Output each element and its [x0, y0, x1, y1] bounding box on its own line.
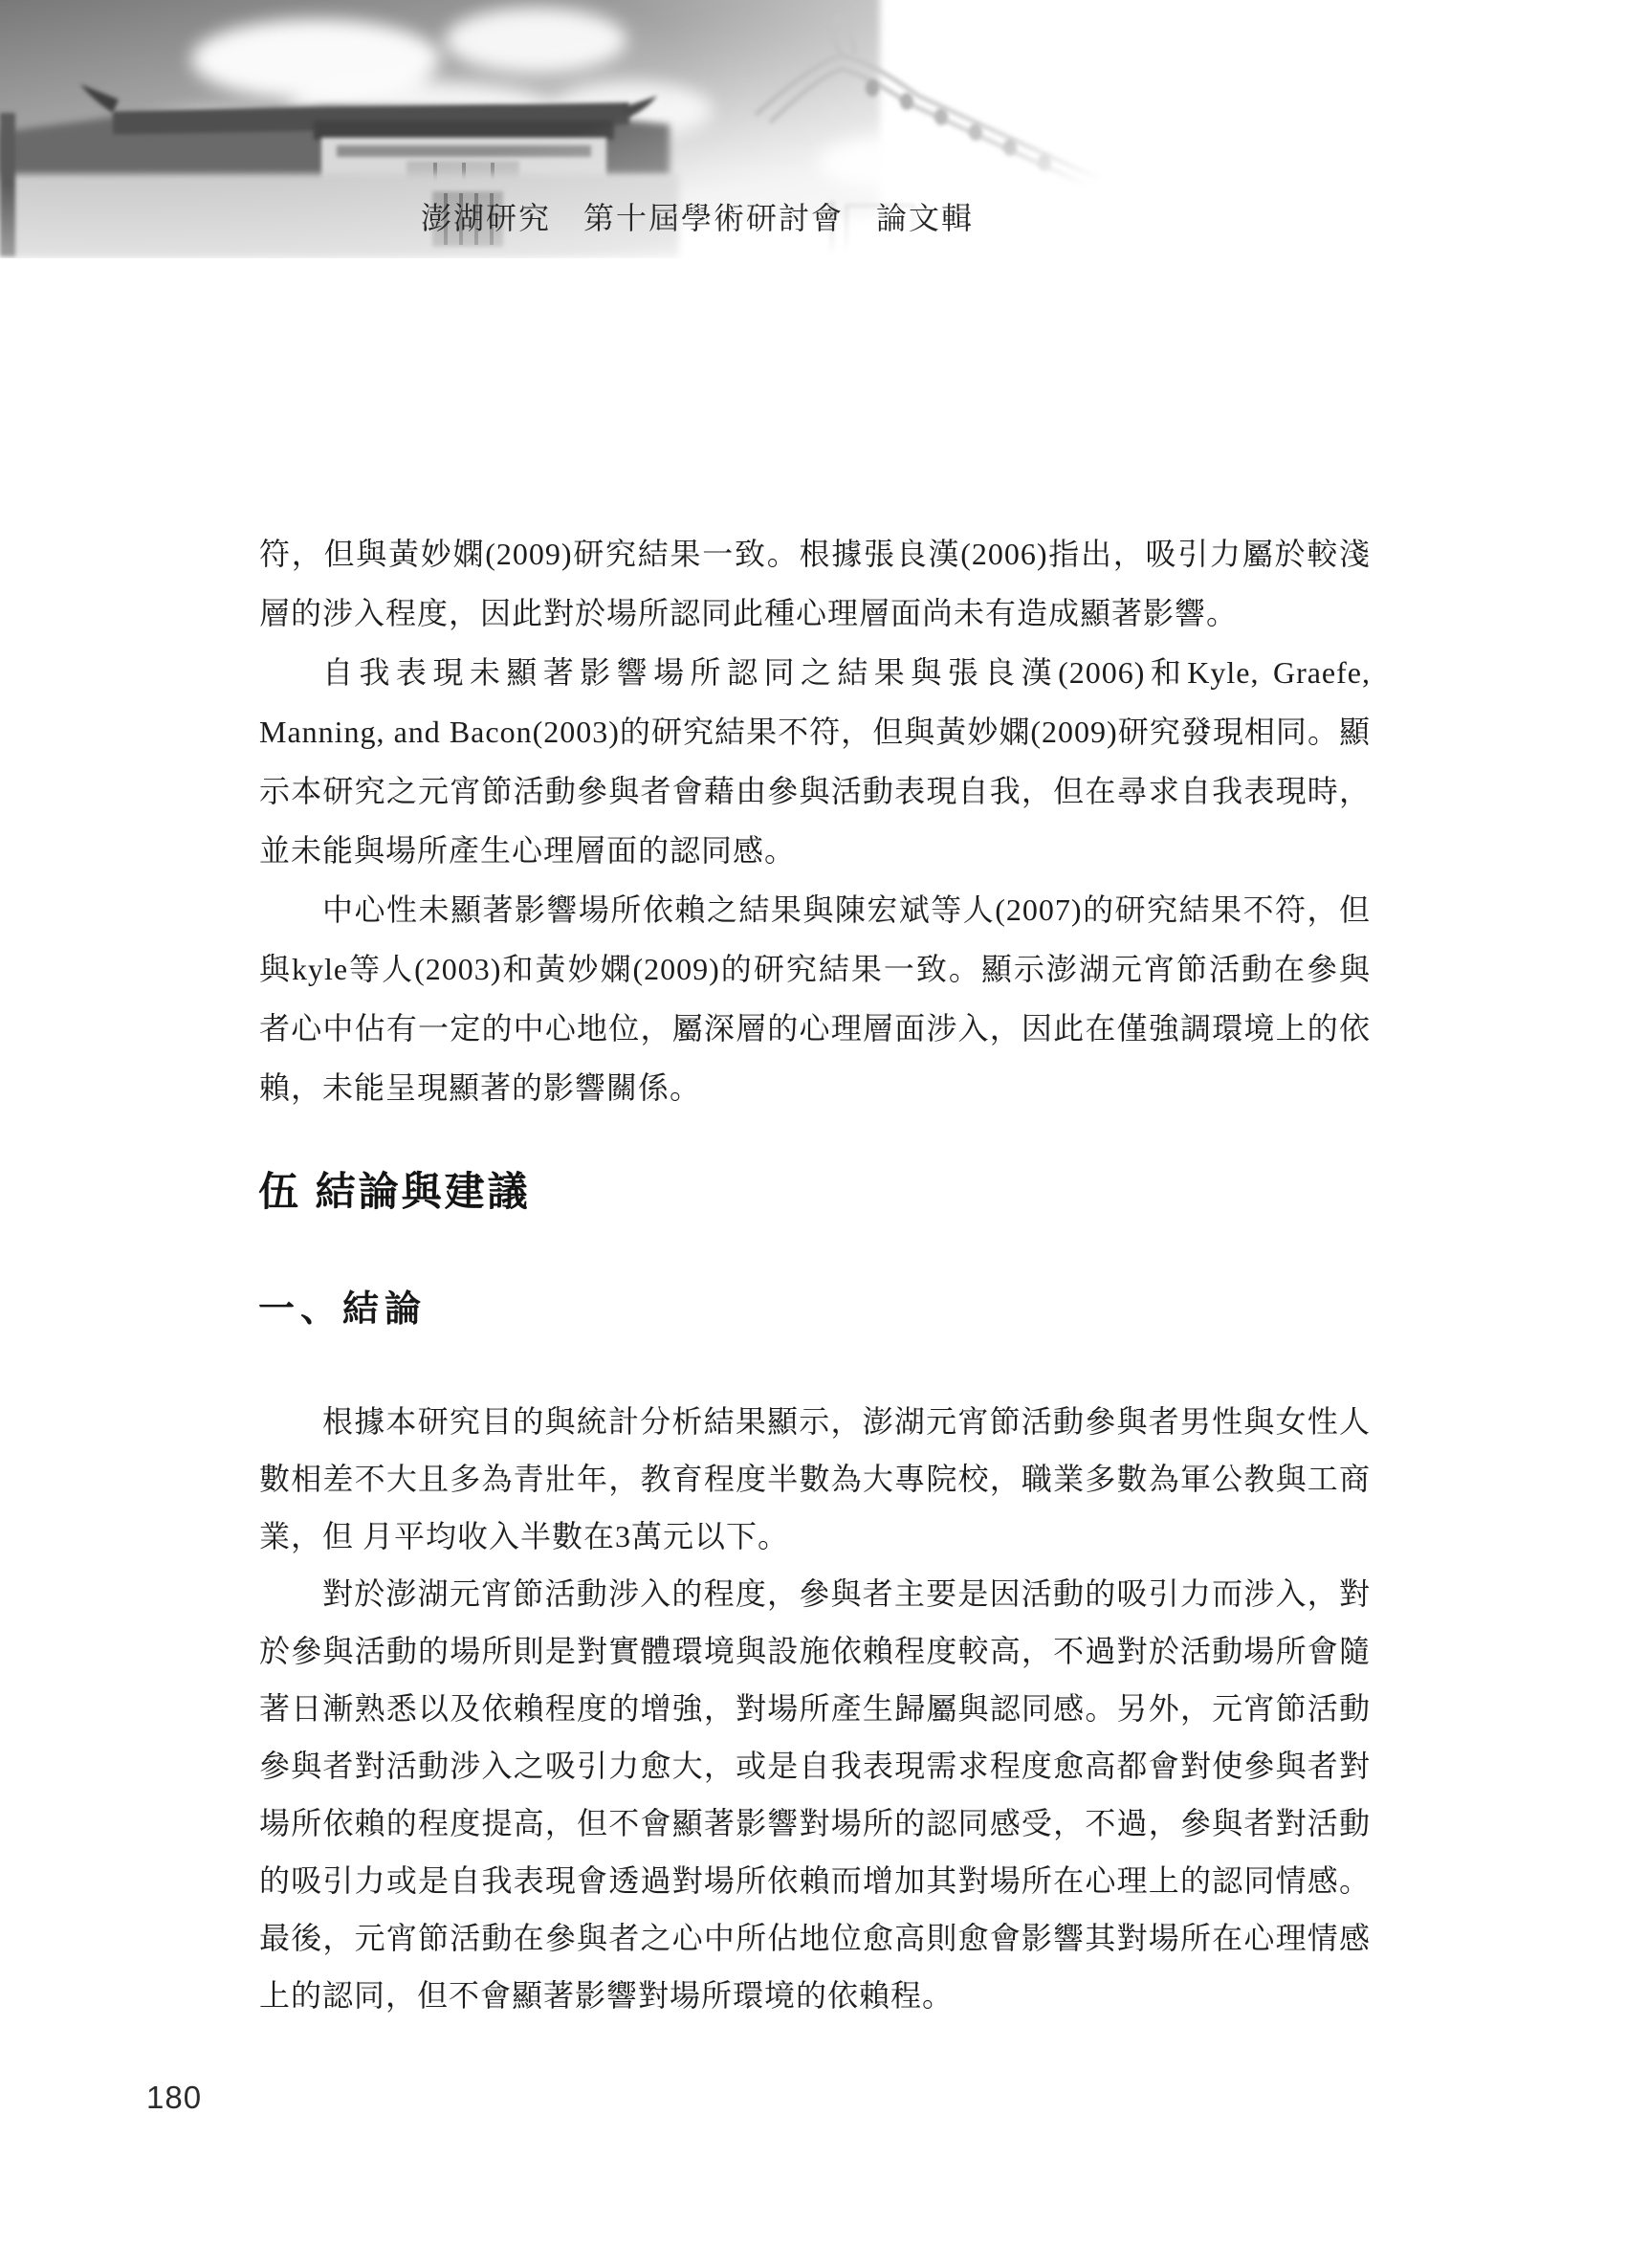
- body-text-line: 於參與活動的場所則是對實體環境與設施依賴程度較高，不過對於活動場所會隨: [259, 1622, 1371, 1680]
- section-heading: 伍 結論與建議: [258, 1160, 531, 1218]
- body-text-line: 場所依賴的程度提高，但不會顯著影響對場所的認同感受，不過，參與者對活動: [259, 1795, 1371, 1852]
- body-text-line: 著日漸熟悉以及依賴程度的增強，對場所產生歸屬與認同感。另外，元宵節活動: [259, 1680, 1371, 1737]
- body-text-line: 最後，元宵節活動在參與者之心中所佔地位愈高則愈會影響其對場所在心理情感: [259, 1909, 1371, 1967]
- body-text-block-bottom: 根據本研究目的與統計分析結果顯示，澎湖元宵節活動參與者男性與女性人數相差不大且多…: [259, 1393, 1371, 2024]
- body-text-block-top: 符，但與黃妙嫻(2009)研究結果一致。根據張良漢(2006)指出，吸引力屬於較…: [259, 524, 1371, 1117]
- body-text-line: 賴，未能呈現顯著的影響關係。: [259, 1058, 1371, 1117]
- paragraph: 符，但與黃妙嫻(2009)研究結果一致。根據張良漢(2006)指出，吸引力屬於較…: [259, 524, 1371, 643]
- document-page: 澎湖研究 第十屆學術研討會 論文輯 符，但與黃妙嫻(2009)研究結果一致。根據…: [0, 0, 1626, 2268]
- paragraph: 對於澎湖元宵節活動涉入的程度，參與者主要是因活動的吸引力而涉入，對於參與活動的場…: [259, 1565, 1371, 2024]
- body-text-line: 對於澎湖元宵節活動涉入的程度，參與者主要是因活動的吸引力而涉入，對: [259, 1565, 1371, 1622]
- subsection-heading: 一、結論: [258, 1279, 427, 1332]
- body-text-line: 者心中佔有一定的中心地位，屬深層的心理層面涉入，因此在僅強調環境上的依: [259, 999, 1371, 1058]
- paragraph: 自我表現未顯著影響場所認同之結果與張良漢(2006)和Kyle, Graefe,…: [259, 643, 1371, 880]
- body-text-line: Manning, and Bacon(2003)的研究結果不符，但與黃妙嫻(20…: [259, 702, 1371, 761]
- body-text-line: 中心性未顯著影響場所依賴之結果與陳宏斌等人(2007)的研究結果不符，但: [259, 880, 1371, 939]
- body-text-line: 上的認同，但不會顯著影響對場所環境的依賴程。: [259, 1967, 1371, 2024]
- body-text-line: 自我表現未顯著影響場所認同之結果與張良漢(2006)和Kyle, Graefe,: [259, 643, 1371, 702]
- body-text-line: 的吸引力或是自我表現會透過對場所依賴而增加其對場所在心理上的認同情感。: [259, 1852, 1371, 1909]
- running-header-title: 澎湖研究 第十屆學術研討會 論文輯: [421, 194, 974, 238]
- page-number: 180: [146, 2080, 202, 2116]
- body-text-line: 並未能與場所產生心理層面的認同感。: [259, 821, 1371, 880]
- paragraph: 中心性未顯著影響場所依賴之結果與陳宏斌等人(2007)的研究結果不符，但與kyl…: [259, 880, 1371, 1117]
- body-text-line: 業，但 月平均收入半數在3萬元以下。: [259, 1508, 1371, 1565]
- body-text-line: 與kyle等人(2003)和黃妙嫻(2009)的研究結果一致。顯示澎湖元宵節活動…: [259, 939, 1371, 999]
- body-text-line: 參與者對活動涉入之吸引力愈大，或是自我表現需求程度愈高都會對使參與者對: [259, 1737, 1371, 1795]
- body-text-line: 符，但與黃妙嫻(2009)研究結果一致。根據張良漢(2006)指出，吸引力屬於較…: [259, 524, 1371, 584]
- body-text-line: 示本研究之元宵節活動參與者會藉由參與活動表現自我，但在尋求自我表現時，: [259, 761, 1371, 821]
- body-text-line: 根據本研究目的與統計分析結果顯示，澎湖元宵節活動參與者男性與女性人: [259, 1393, 1371, 1450]
- paragraph: 根據本研究目的與統計分析結果顯示，澎湖元宵節活動參與者男性與女性人數相差不大且多…: [259, 1393, 1371, 1565]
- body-text-line: 數相差不大且多為青壯年，教育程度半數為大專院校，職業多數為軍公教與工商: [259, 1450, 1371, 1508]
- body-text-line: 層的涉入程度，因此對於場所認同此種心理層面尚未有造成顯著影響。: [259, 584, 1371, 643]
